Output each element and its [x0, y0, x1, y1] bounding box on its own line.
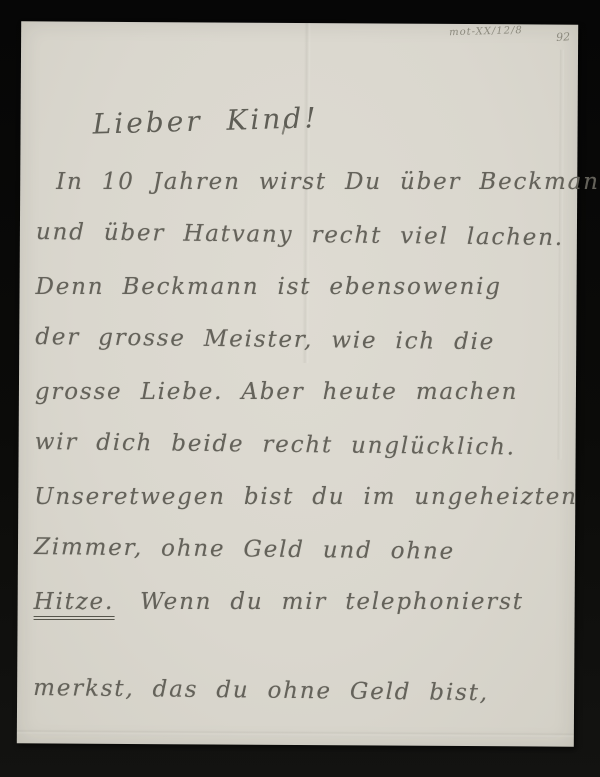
letter-line-rest: Wenn du mir telephonierst: [140, 589, 524, 615]
letter-paper: mot-XX/12/8 92 Lieber Kind! In 10 Jahren…: [17, 21, 578, 746]
letter-line: merkst, das du ohne Geld bist,: [29, 674, 570, 733]
letter-line: Hitze.Wenn du mir telephonierst: [30, 589, 570, 642]
letter-line: Denn Beckmann ist ebensowenig: [32, 274, 572, 327]
photo-background: mot-XX/12/8 92 Lieber Kind! In 10 Jahren…: [0, 0, 600, 777]
letter-line: wir dich beide recht unglücklich.: [30, 428, 571, 487]
letter-line: der grosse Meister, wie ich die: [31, 323, 572, 382]
letter-line: grosse Liebe. Aber heute machen: [31, 379, 571, 432]
letter-line: und über Hatvany recht viel lachen.: [32, 218, 573, 277]
archive-mark: mot-XX/12/8: [449, 25, 523, 38]
letter-line: Unseretwegen bist du im ungeheizten: [30, 484, 570, 537]
page-number-mark: 92: [556, 30, 571, 44]
letter-body: In 10 Jahren wirst Du über Beckmann und …: [29, 167, 572, 731]
letter-line: In 10 Jahren wirst Du über Beckmann: [32, 169, 572, 222]
letter-line: Zimmer, ohne Geld und ohne: [30, 533, 571, 592]
letter-salutation: Lieber Kind!: [92, 101, 319, 140]
underlined-word: Hitze.: [34, 589, 115, 620]
